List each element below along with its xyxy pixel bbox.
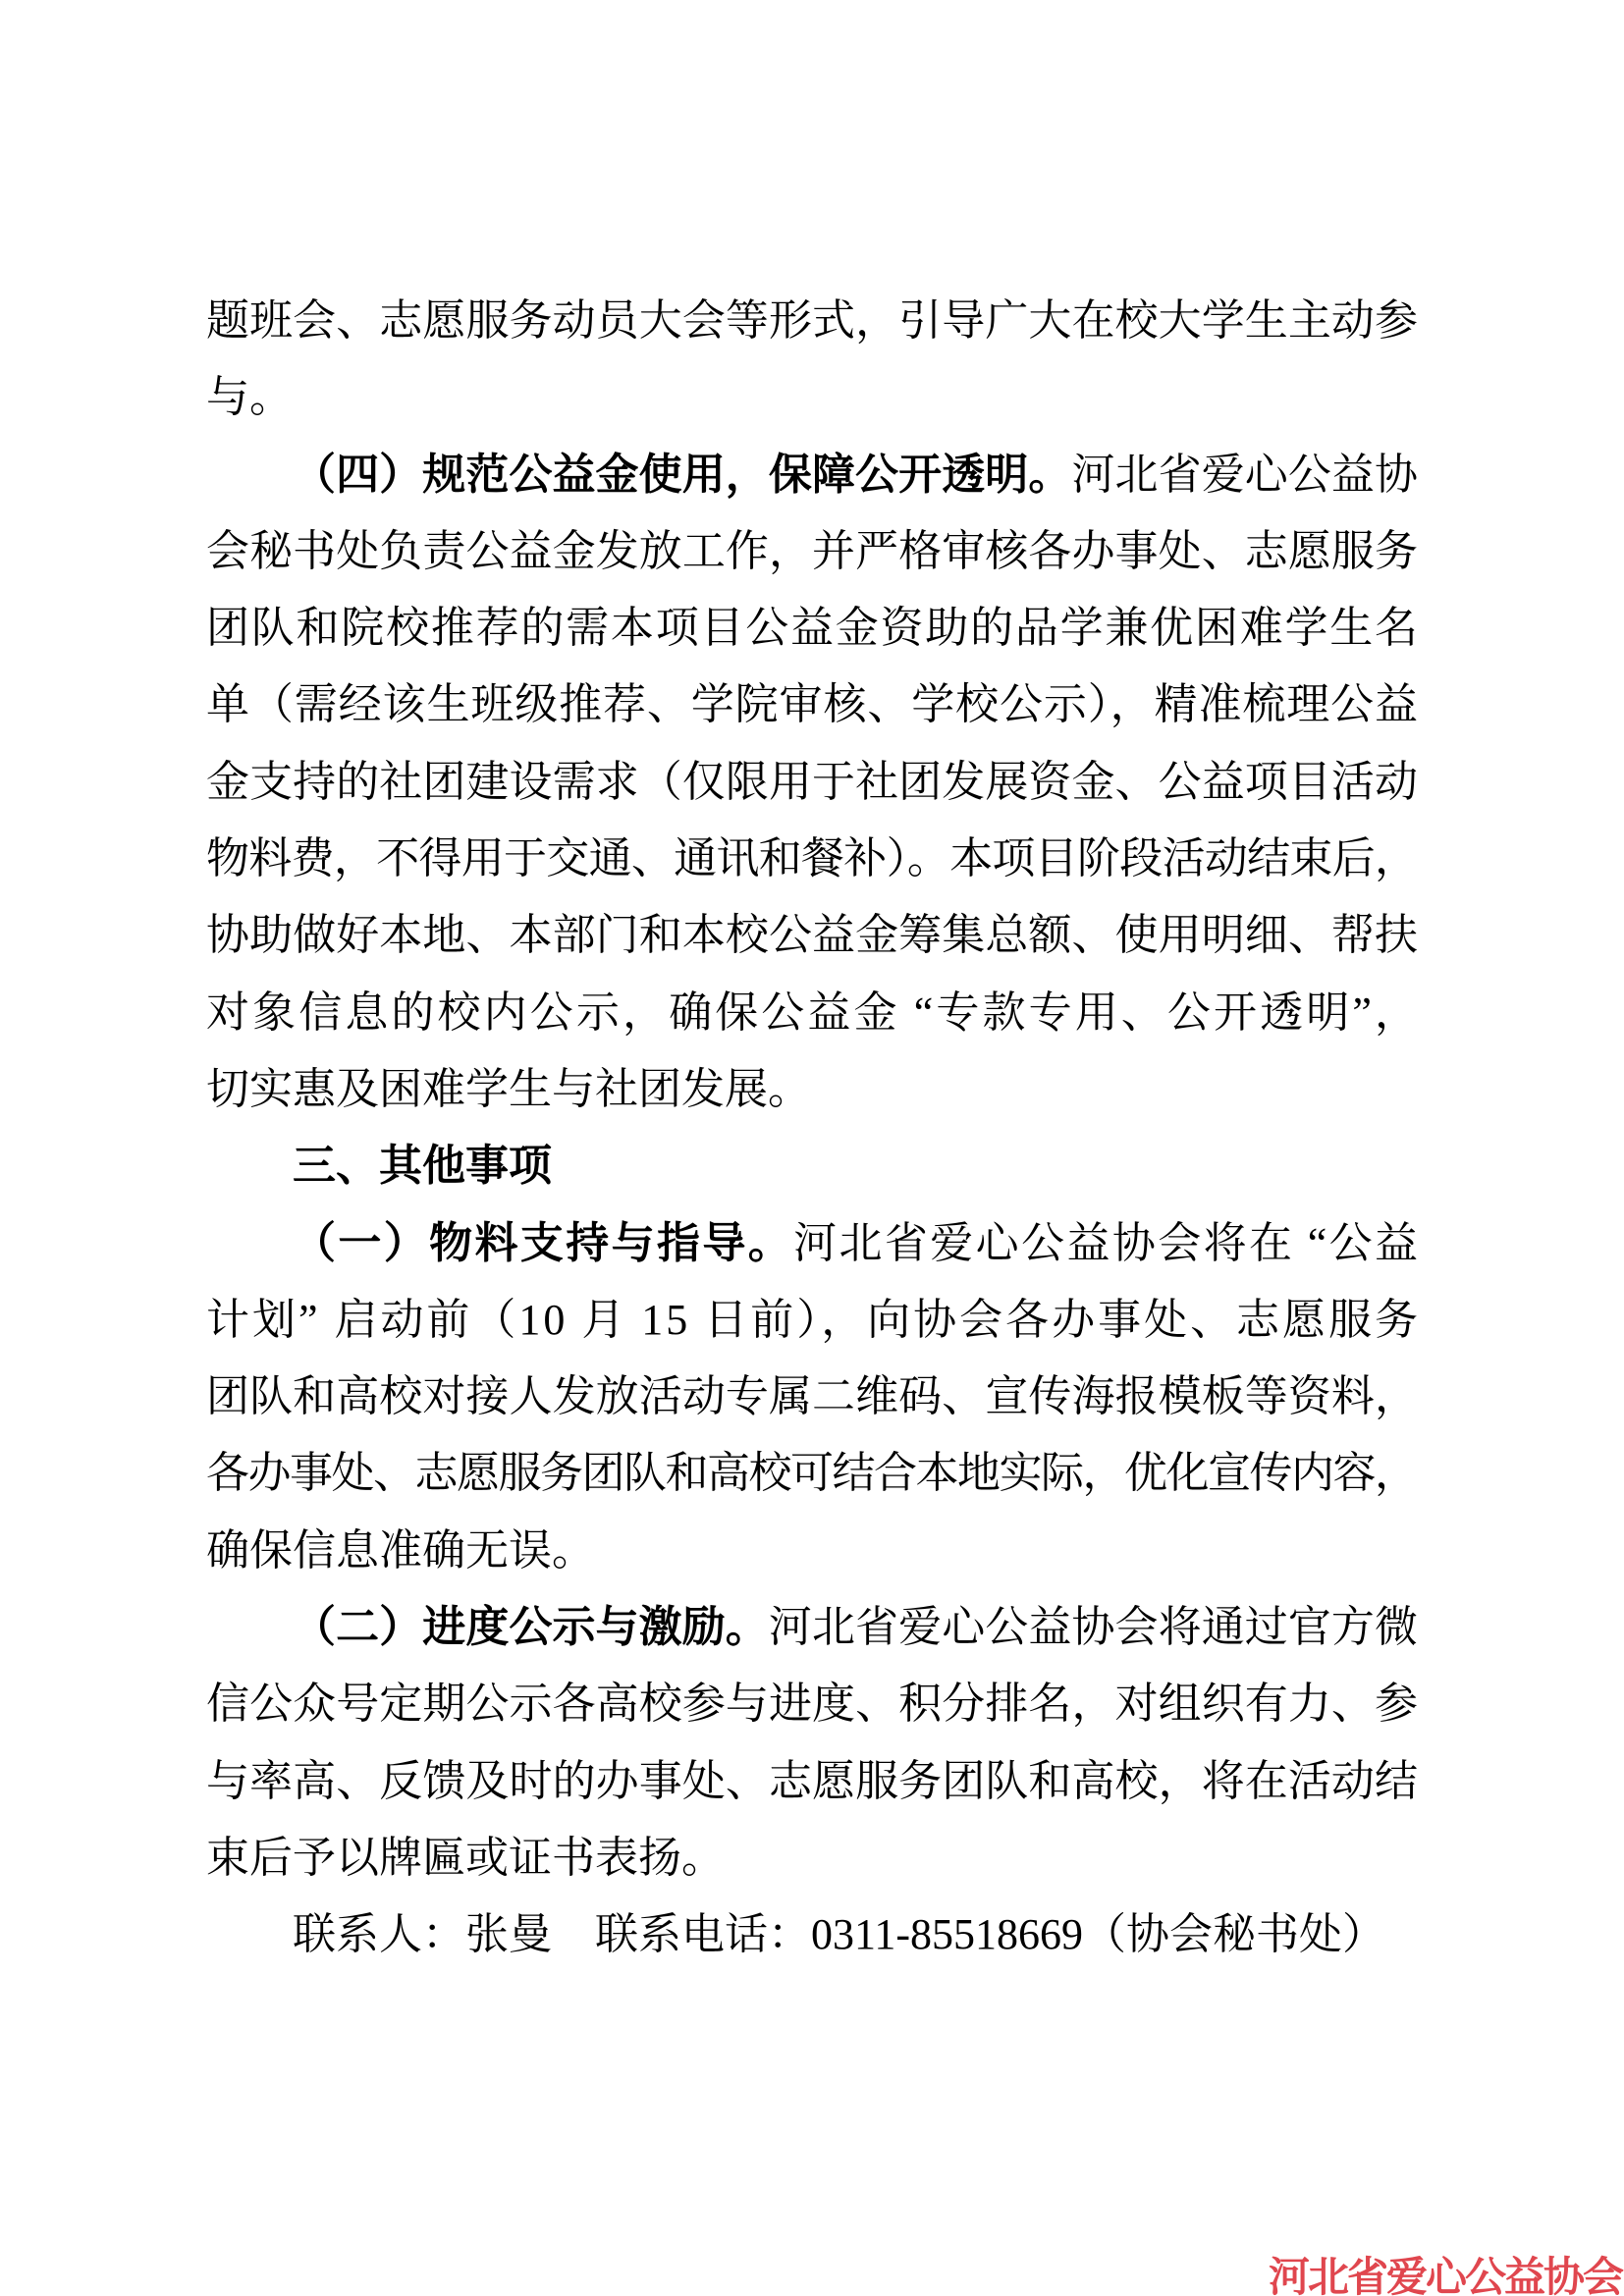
bold-lead: （二）进度公示与激励。 <box>293 1603 769 1651</box>
line-text: 与率高、反馈及时的办事处、志愿服务团队和高校，将在活动结 <box>206 1757 1418 1805</box>
bold-lead: （四）规范公益金使用，保障公开透明。 <box>293 451 1071 499</box>
line-text: 切实惠及困难学生与社团发展。 <box>206 1065 811 1113</box>
line-text: 单（需经该生班级推荐、学院审核、学校公示），精准梳理公益 <box>206 680 1419 728</box>
body-line-19: 信公众号定期公示各高校参与进度、积分排名，对组织有力、参 <box>206 1666 1418 1742</box>
line-text: 河北省爱心公益协会将在 “公益 <box>793 1219 1420 1267</box>
line-text: 与。 <box>206 373 293 421</box>
body-line-15: 团队和高校对接人发放活动专属二维码、宣传海报模板等资料， <box>206 1359 1418 1435</box>
body-line-1: 题班会、志愿服务动员大会等形式，引导广大在校大学生主动参 <box>206 283 1418 359</box>
line-text: 计划” 启动前（10 月 15 日前），向协会各办事处、志愿服务 <box>206 1296 1421 1344</box>
line-text: 确保信息准确无误。 <box>206 1526 595 1575</box>
body-line-16: 各办事处、志愿服务团队和高校可结合本地实际，优化宣传内容， <box>206 1435 1418 1512</box>
body-line-3-section4-start: （四）规范公益金使用，保障公开透明。河北省爱心公益协 <box>206 437 1418 513</box>
body-line-8: 物料费，不得用于交通、通讯和餐补）。本项目阶段活动结束后， <box>206 821 1418 897</box>
line-text: 各办事处、志愿服务团队和高校可结合本地实际，优化宣传内容， <box>206 1449 1417 1497</box>
line-text: 协助做好本地、本部门和本校公益金筹集总额、使用明细、帮扶 <box>206 911 1418 959</box>
body-line-4: 会秘书处负责公益金发放工作，并严格审核各办事处、志愿服务 <box>206 513 1418 590</box>
contact-line: 联系人：张曼 联系电话：0311-85518669（协会秘书处） <box>206 1896 1418 1973</box>
body-line-18-item2-start: （二）进度公示与激励。河北省爱心公益协会将通过官方微 <box>206 1589 1418 1666</box>
document-page: 题班会、志愿服务动员大会等形式，引导广大在校大学生主动参 与。 （四）规范公益金… <box>0 0 1624 2296</box>
body-line-6: 单（需经该生班级推荐、学院审核、学校公示），精准梳理公益 <box>206 667 1418 743</box>
line-text: 物料费，不得用于交通、通讯和餐补）。本项目阶段活动结束后， <box>206 834 1417 882</box>
body-line-17: 确保信息准确无误。 <box>206 1513 1418 1589</box>
line-text: 团队和高校对接人发放活动专属二维码、宣传海报模板等资料， <box>206 1372 1418 1420</box>
bold-lead: 三、其他事项 <box>293 1142 552 1190</box>
line-text: 联系人：张曼 联系电话：0311-85518669（协会秘书处） <box>293 1910 1385 1958</box>
body-line-20: 与率高、反馈及时的办事处、志愿服务团队和高校，将在活动结 <box>206 1743 1418 1820</box>
line-text: 会秘书处负责公益金发放工作，并严格审核各办事处、志愿服务 <box>206 527 1418 575</box>
body-line-10: 对象信息的校内公示，确保公益金 “专款专用、公开透明”， <box>206 975 1418 1051</box>
body-line-2: 与。 <box>206 359 1418 436</box>
document-body: 题班会、志愿服务动员大会等形式，引导广大在校大学生主动参 与。 （四）规范公益金… <box>206 283 1418 1974</box>
bold-lead: （一）物料支持与指导。 <box>293 1219 793 1267</box>
line-text: 束后予以牌匾或证书表扬。 <box>206 1834 725 1882</box>
body-line-14: 计划” 启动前（10 月 15 日前），向协会各办事处、志愿服务 <box>206 1282 1418 1359</box>
line-text: 河北省爱心公益协会将通过官方微 <box>769 1603 1418 1651</box>
line-text: 题班会、志愿服务动员大会等形式，引导广大在校大学生主动参 <box>206 296 1418 345</box>
body-line-13-item1-start: （一）物料支持与指导。河北省爱心公益协会将在 “公益 <box>206 1205 1418 1282</box>
body-line-7: 金支持的社团建设需求（仅限用于社团发展资金、公益项目活动 <box>206 744 1418 821</box>
line-text: 团队和院校推荐的需本项目公益金资助的品学兼优困难学生名 <box>206 604 1420 652</box>
section-heading-other-matters: 三、其他事项 <box>206 1128 1418 1204</box>
body-line-9: 协助做好本地、本部门和本校公益金筹集总额、使用明细、帮扶 <box>206 897 1418 974</box>
body-line-21: 束后予以牌匾或证书表扬。 <box>206 1820 1418 1896</box>
body-line-5: 团队和院校推荐的需本项目公益金资助的品学兼优困难学生名 <box>206 590 1418 667</box>
line-text: 信公众号定期公示各高校参与进度、积分排名，对组织有力、参 <box>206 1680 1418 1728</box>
line-text: 河北省爱心公益协 <box>1071 451 1418 499</box>
line-text: 金支持的社团建设需求（仅限用于社团发展资金、公益项目活动 <box>206 758 1418 806</box>
body-line-11: 切实惠及困难学生与社团发展。 <box>206 1051 1418 1128</box>
line-text: 对象信息的校内公示，确保公益金 “专款专用、公开透明”， <box>206 988 1421 1037</box>
watermark-text: 河北省爱心公益协会 <box>1269 2245 1622 2296</box>
